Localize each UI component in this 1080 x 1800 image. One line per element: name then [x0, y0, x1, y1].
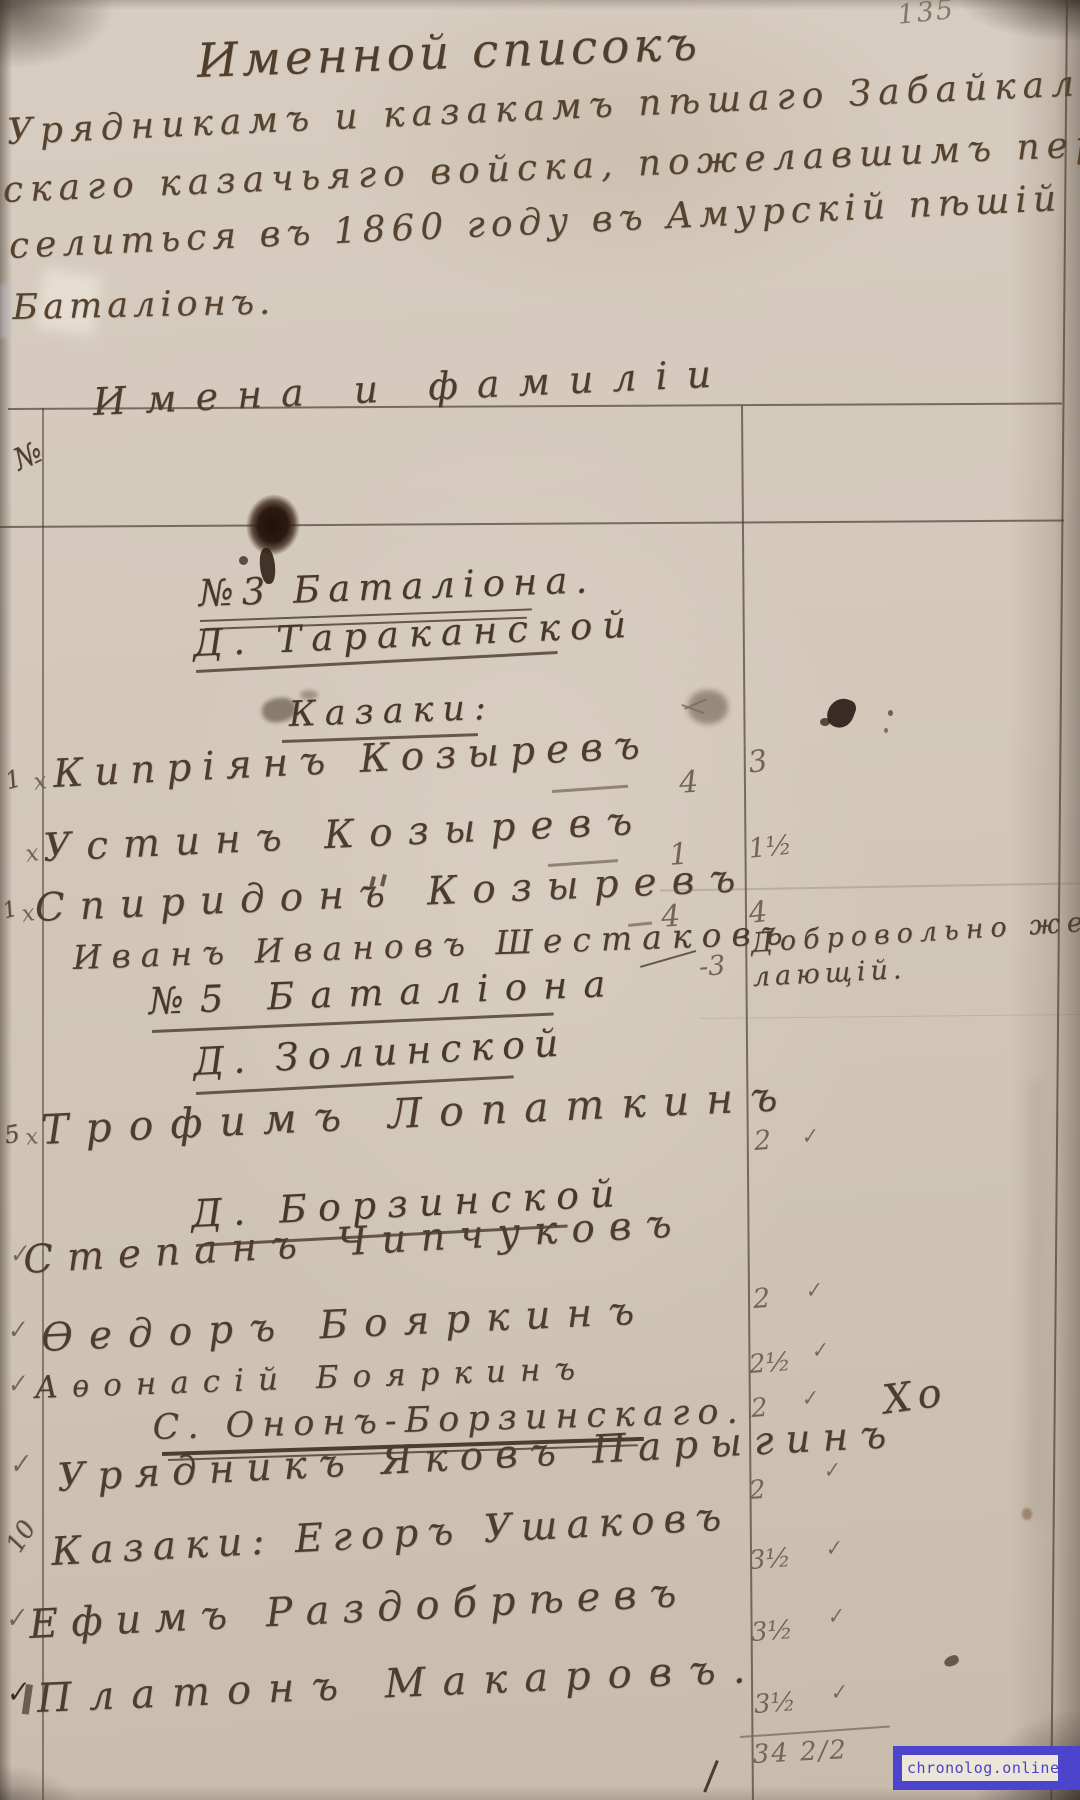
row-value-checkmark: ✓ [824, 1603, 845, 1630]
row-checkmark: х [24, 840, 40, 868]
paper-crease [700, 1014, 1080, 1019]
row-value: 2 [753, 1125, 772, 1157]
watermark-text: chronolog.online [902, 1755, 1058, 1781]
row-value: 1½ [747, 829, 793, 864]
row-number: 1 [2, 764, 24, 795]
row-name: Кипріянъ Козыревъ [52, 723, 652, 797]
row-name: Ефимъ Раздобрѣевъ [28, 1570, 690, 1648]
number-column-line [42, 408, 44, 1800]
ink-smudge [300, 690, 318, 700]
row-name: Платонъ Макаровъ. [36, 1646, 763, 1722]
page-number: 135 [896, 0, 956, 31]
row-value: 3½ [750, 1615, 794, 1648]
row-name: Устинъ Козыревъ [42, 799, 648, 871]
ink-blot-small [824, 694, 859, 731]
row-value: 3 [746, 743, 770, 780]
row-value-checkmark: ✓ [820, 1457, 841, 1484]
row-checkmark: ✓ [2, 1602, 29, 1635]
watermark: chronolog.online [893, 1746, 1080, 1790]
row-checkmark: х [32, 768, 48, 796]
watermark-inner-box: chronolog.online [902, 1755, 1058, 1781]
ink-dot [888, 710, 893, 716]
row-note-line-2: лающій. [752, 954, 907, 993]
row-value: 2 [748, 1475, 767, 1506]
row-value-checkmark: ✓ [802, 1277, 823, 1304]
row-checkmark: х [24, 1124, 40, 1150]
right-margin-line [1050, 0, 1068, 1800]
row-value: 3½ [753, 1687, 797, 1720]
row-value-checkmark: ✓ [808, 1337, 829, 1364]
ink-dot [943, 1654, 961, 1669]
row-value-checkmark: ✓ [798, 1385, 819, 1412]
row-checkmark: ✓ [4, 1369, 29, 1400]
ink-dot [1022, 1508, 1032, 1520]
row-value: 3½ [748, 1543, 792, 1576]
dash-stroke [552, 785, 628, 793]
paper-streak [1028, 1080, 1044, 1520]
row-tail-number: 4 [678, 765, 699, 801]
ink-blot-dot [820, 718, 830, 726]
ink-blot-dot [239, 556, 248, 565]
row-number: 5 [2, 1119, 22, 1149]
row-value: 2½ [748, 1347, 792, 1380]
ink-dot [884, 728, 888, 733]
row-name: Ѳедоръ Бояркинъ [40, 1288, 651, 1361]
row-value: 2 [752, 1283, 771, 1315]
row-checkmark: ✓ [4, 1315, 29, 1346]
document-title: Именной списокъ [196, 16, 702, 89]
row-name: Казаки: Егоръ Ушаковъ [50, 1494, 731, 1575]
row-value-checkmark: ✓ [798, 1123, 819, 1150]
row-checkmark: ✓ [6, 1448, 33, 1481]
row-tail-number: -3 [698, 950, 726, 983]
row-number: 10 [0, 1515, 41, 1557]
row-name: Трофимъ Лопаткинъ [40, 1072, 795, 1154]
row-note-line-1: Добровольно же [750, 907, 1080, 959]
row-value-checkmark: ✓ [827, 1679, 848, 1706]
preamble-line-4: Баталіонъ. [12, 282, 275, 327]
document-page: 135 Именной списокъ Урядникамъ и казакам… [0, 0, 1080, 1800]
section-heading-kazaki: Казаки: [288, 688, 495, 735]
left-edge-stamp-fragment [0, 284, 12, 338]
table-header-bottom-line [0, 520, 1064, 528]
row-value-checkmark: ✓ [822, 1535, 843, 1562]
ink-smudge [688, 690, 728, 724]
column-header-names: Имена и фамиліи [92, 351, 731, 424]
ink-blot [242, 491, 304, 560]
total-value: 34 2/2 [752, 1735, 849, 1770]
pen-flourish [703, 1760, 719, 1793]
row-number: 1 [0, 896, 20, 924]
